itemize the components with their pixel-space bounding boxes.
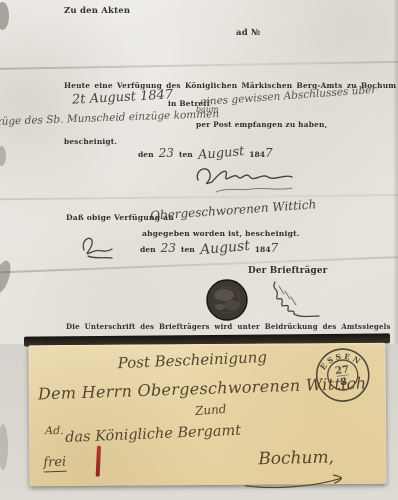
handwritten-month: August <box>197 144 244 163</box>
frei-note: frei <box>43 455 67 473</box>
receipt-form-paper: Zu den Akten ad № Heute eine Verfügung d… <box>0 0 398 344</box>
official-seal <box>206 279 248 321</box>
red-crayon-mark <box>96 446 101 477</box>
envelope: Post Bescheinigung ESSEN 27 8 Dem Herrn … <box>29 343 387 486</box>
year-handwritten: 7 <box>265 146 273 160</box>
handwritten-subject-line-2: züge des Sb. Munscheid einzüge kommen <box>0 108 219 128</box>
delivery-clause-2: abgegeben worden ist, bescheinigt. <box>142 229 300 238</box>
paper-crease <box>0 60 398 70</box>
delivery-date-line: den 23 ten August 184 7 <box>140 240 278 256</box>
torn-edge <box>0 424 8 470</box>
year: 184 7 <box>249 146 273 160</box>
place-scribble <box>76 232 124 260</box>
recipient-name-handwritten: Obergeschworenen Wittich <box>150 197 317 223</box>
handwritten-date: 2t August 1847 <box>72 87 174 107</box>
carrier-label: Der Briefträger <box>248 266 328 276</box>
handwritten-month: August <box>199 238 250 258</box>
city-underline-flourish <box>241 471 351 492</box>
handwritten-day: 23 <box>161 241 176 255</box>
den-label: den <box>140 245 156 254</box>
year-printed: 184 <box>255 245 271 254</box>
year-printed: 184 <box>249 150 265 159</box>
address-line-3: das Königliche Bergamt <box>65 423 242 446</box>
den-label: den <box>138 150 154 159</box>
ad-number-label: ad № <box>236 28 260 38</box>
year-handwritten: 7 <box>271 241 279 255</box>
document-scan: Zu den Akten ad № Heute eine Verfügung d… <box>0 0 398 500</box>
address-line-3-prefix: Ad. <box>45 424 64 437</box>
address-line-2: Zund <box>194 402 226 418</box>
ten-label: ten <box>179 150 193 159</box>
paper-crease <box>0 255 398 274</box>
year: 184 7 <box>255 241 279 255</box>
filing-note: Zu den Akten <box>64 6 130 16</box>
paper-edge-shadow <box>393 0 398 344</box>
postmaster-signature <box>188 162 308 198</box>
envelope-title-handwritten: Post Bescheinigung <box>117 348 267 372</box>
receipt-date-line: den 23 ten August 184 7 <box>138 146 273 161</box>
carrier-signature <box>263 276 323 318</box>
destination-city: Bochum, <box>258 447 334 469</box>
seal-clause: Die Unterschrift des Briefträgers wird u… <box>66 322 391 331</box>
bescheinigt-label: bescheinigt. <box>64 137 117 146</box>
handwritten-day: 23 <box>159 146 174 160</box>
per-post-clause: per Post empfangen zu haben, <box>196 120 327 129</box>
ten-label: ten <box>181 245 195 254</box>
